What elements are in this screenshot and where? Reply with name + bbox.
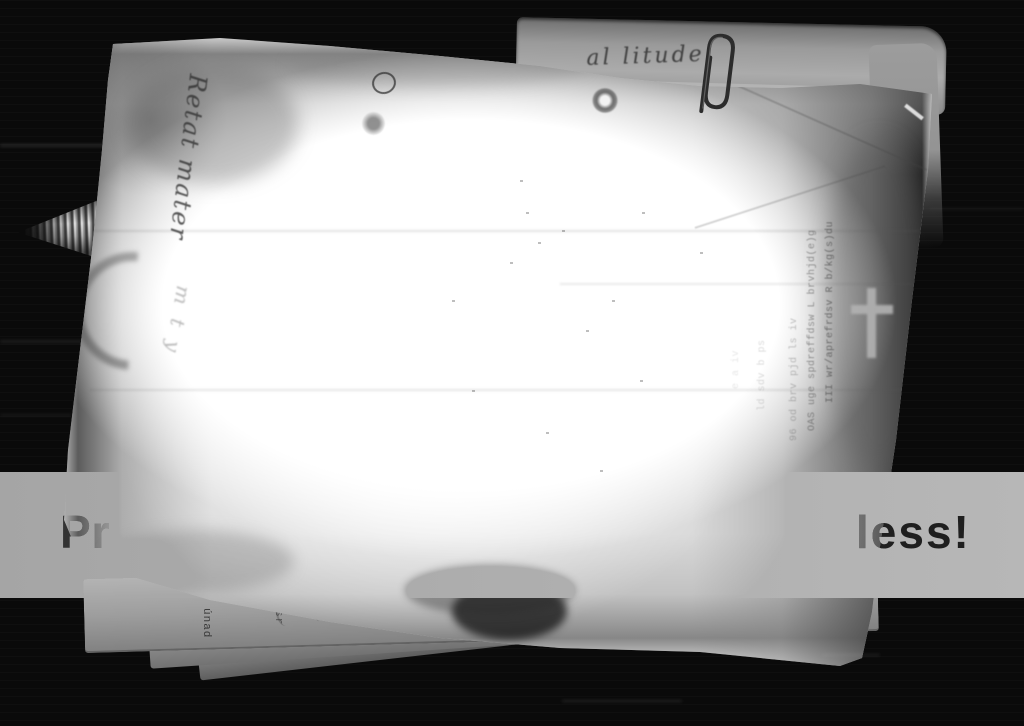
print-speckle [520, 180, 523, 182]
print-speckle [526, 212, 529, 214]
print-speckle [612, 300, 615, 302]
watermark-band: Pr less! [0, 472, 1024, 598]
scan-streak [0, 414, 72, 416]
typed-column-line: III wr/aprefrdsv R b/kg(s)du [825, 221, 836, 403]
photo-canvas: al litude únad sr Retat mater m t y III … [0, 0, 1024, 726]
print-speckle [642, 212, 645, 214]
bottom-sheet-typed-fragment: únad [200, 608, 212, 638]
typed-column-line: 96 od brv pjd ls iv [789, 317, 800, 441]
print-speckle [640, 380, 643, 382]
paper-grime [128, 64, 298, 184]
cross-horizontal-bar [851, 305, 893, 314]
scan-streak [80, 230, 920, 232]
scan-streak [930, 208, 1024, 210]
cross-vertical-bar [867, 288, 876, 358]
punch-hole-dot [362, 112, 385, 135]
print-speckle [700, 252, 703, 254]
punch-hole-right [590, 86, 620, 115]
cross-mark [851, 288, 893, 358]
print-speckle [452, 300, 455, 302]
scan-streak [0, 340, 92, 343]
print-speckle [472, 390, 475, 392]
watermark-text-left: Pr [60, 509, 111, 555]
typed-column-line: e a iv [731, 350, 742, 389]
print-speckle [546, 432, 549, 434]
scan-streak [822, 654, 880, 656]
scan-streak [0, 144, 112, 147]
print-speckle [562, 230, 565, 232]
print-speckle [586, 330, 589, 332]
scan-streak [560, 283, 920, 285]
typed-column-line: ld sdv b ps [757, 339, 768, 411]
print-speckle [510, 262, 513, 264]
print-speckle [538, 242, 541, 244]
watermark-text-right: less! [856, 509, 971, 555]
handwriting-top: al litude [586, 42, 705, 71]
scan-streak [562, 700, 682, 702]
typed-column-line: OAS uge spdreffdsw L brvhjd(e)g [807, 229, 818, 431]
